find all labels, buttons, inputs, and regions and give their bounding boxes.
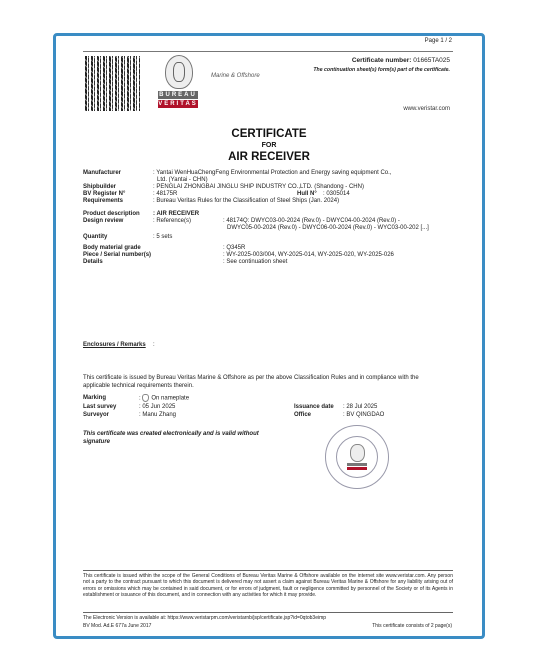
stamp-bureau-bar — [347, 463, 367, 466]
serial-label: Piece / Serial number(s) — [83, 252, 151, 258]
electronic-note-line2: signature — [83, 439, 259, 447]
footer-disclaimer: This certificate is issued within the sc… — [83, 573, 453, 598]
product-value: : AIR RECEIVER — [153, 211, 199, 217]
office-label: Office — [294, 412, 311, 418]
hull-label: Hull N° — [297, 191, 317, 197]
issuance-statement-line1: This certificate is issued by Bureau Ver… — [83, 375, 455, 383]
issuance-statement-line2: applicable technical requirements therei… — [83, 383, 455, 391]
bv-mark-icon — [142, 394, 149, 402]
title-certificate: CERTIFICATE — [0, 128, 538, 140]
bureau-veritas-logo: BUREAU VERITAS — [158, 55, 198, 110]
certificate-number-label: Certificate number: — [352, 57, 412, 64]
details-label: Details — [83, 259, 103, 265]
product-label: Product description — [83, 211, 140, 217]
logo-bureau: BUREAU — [158, 91, 198, 99]
certificate-number-value: 01665TA025 — [413, 57, 450, 64]
material-value: : Q345R — [223, 245, 245, 251]
stamp-seal-icon — [350, 444, 365, 462]
surveyor-label: Surveyor — [83, 412, 109, 418]
electronic-version-link[interactable]: The Electronic Version is available at: … — [83, 615, 326, 621]
electronic-note: This certificate was created electronica… — [83, 431, 259, 446]
marking-text: On nameplate — [151, 396, 189, 402]
page-number: Page 1 / 2 — [400, 38, 452, 44]
remarks-label: Enclosures / Remarks — [83, 342, 146, 348]
material-label: Body material grade — [83, 245, 141, 251]
qr-code-icon — [85, 56, 140, 111]
issuance-date-label: Issuance date — [294, 404, 334, 410]
quantity-label: Quantity — [83, 234, 107, 240]
footer-divider — [83, 570, 453, 571]
design-review-ref: : Reference(s) — [153, 218, 191, 224]
last-survey-value: : 05 Jun 2025 — [139, 404, 175, 410]
hull-value: : 0305014 — [323, 191, 350, 197]
issuance-date-value: : 28 Jul 2025 — [343, 404, 377, 410]
certificate-number: Certificate number: 01665TA025 — [300, 57, 450, 64]
header-divider — [83, 51, 453, 52]
manufacturer-value-cont: Ltd. (Yantai - CHN) — [157, 177, 208, 183]
design-review-value-cont: DWYC05-00-2024 (Rev.0) - DWYC06-00-2024 … — [227, 225, 429, 231]
stamp-veritas-bar — [347, 467, 367, 470]
remarks-colon: : — [153, 342, 155, 348]
requirements-label: Requirements — [83, 198, 123, 204]
bv-register-value: : 48175R — [153, 191, 177, 197]
issuance-statement: This certificate is issued by Bureau Ver… — [83, 375, 455, 390]
official-stamp-icon — [325, 425, 389, 489]
electronic-note-line1: This certificate was created electronica… — [83, 431, 259, 439]
document-frame — [53, 33, 485, 639]
logo-veritas: VERITAS — [158, 100, 198, 108]
marking-value: : On nameplate — [139, 394, 189, 402]
continuation-note: The continuation sheet(s) form(s) part o… — [290, 67, 450, 73]
shipbuilder-label: Shipbuilder — [83, 184, 116, 190]
title-product: AIR RECEIVER — [0, 151, 538, 163]
surveyor-value: : Manu Zhang — [139, 412, 176, 418]
design-review-value: : 48174Q: DWYC03-00-2024 (Rev.0) - DWYC0… — [223, 218, 400, 224]
manufacturer-label: Manufacturer — [83, 170, 121, 176]
website-link[interactable]: www.veristar.com — [380, 106, 450, 112]
details-value: : See continuation sheet — [223, 259, 287, 265]
manufacturer-value: : Yantai WenHuaChengFeng Environmental P… — [153, 170, 391, 176]
title-for: FOR — [0, 142, 538, 149]
footer-divider-2 — [83, 612, 453, 613]
last-survey-label: Last survey — [83, 404, 116, 410]
quantity-value: : 5 sets — [153, 234, 172, 240]
form-reference: BV Mod. Ad.E 677a June 2017 — [83, 623, 151, 629]
division-label: Marine & Offshore — [211, 73, 260, 79]
office-value: : BV QINGDAO — [343, 412, 384, 418]
serial-value: : WY-2025-003/004, WY-2025-014, WY-2025-… — [223, 252, 394, 258]
shipbuilder-value: : PENGLAI ZHONGBAI JINGLU SHIP INDUSTRY … — [153, 184, 364, 190]
design-review-label: Design review — [83, 218, 123, 224]
seal-icon — [165, 55, 193, 89]
page-count: This certificate consists of 2 page(s) — [330, 623, 452, 629]
requirements-value: : Bureau Veritas Rules for the Classific… — [153, 198, 339, 204]
bv-register-label: BV Register N° — [83, 191, 125, 197]
marking-label: Marking — [83, 395, 106, 401]
